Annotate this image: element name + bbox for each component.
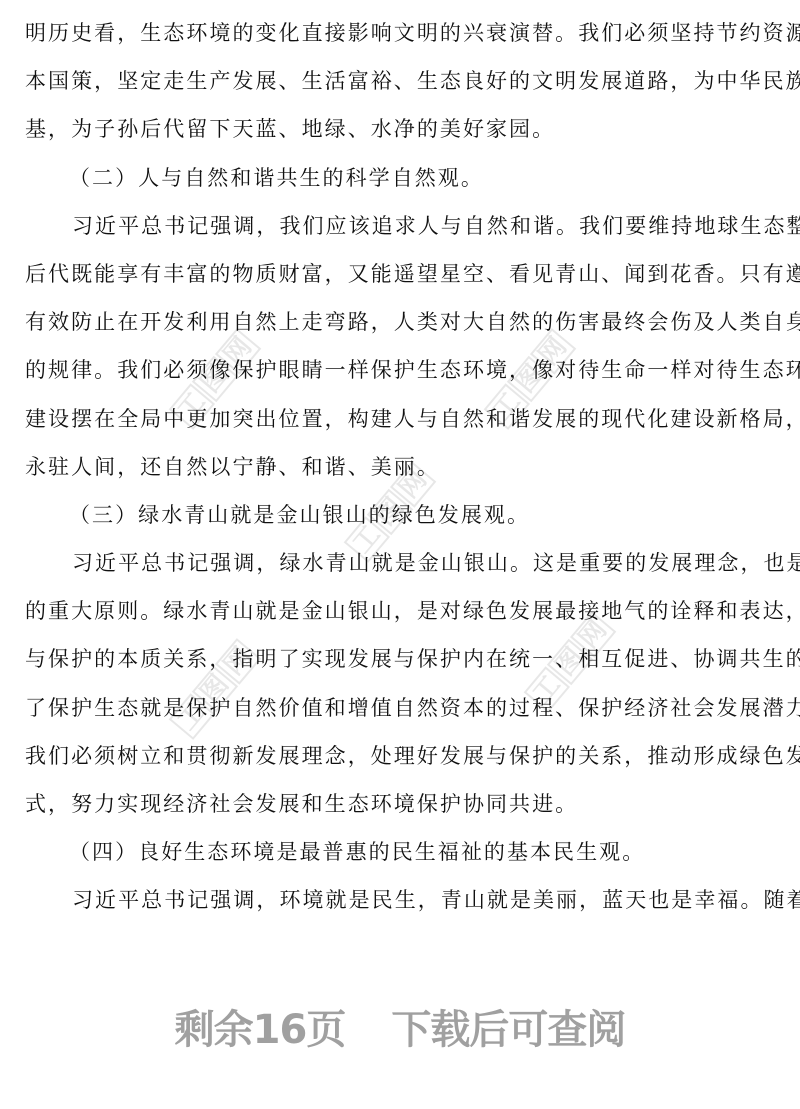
- download-prompt-banner[interactable]: 剩余16页下载后可查阅: [0, 1005, 800, 1055]
- text-line: 后代既能享有丰富的物质财富，又能遥望星空、看见青山、闻到花香。只有遵循自然规律才…: [25, 250, 777, 298]
- text-line: 的重大原则。绿水青山就是金山银山，是对绿色发展最接地气的诠释和表达，深刻揭示了发…: [25, 587, 777, 635]
- text-line: 有效防止在开发利用自然上走弯路，人类对大自然的伤害最终会伤及人类自身，这是无法抗…: [25, 298, 777, 346]
- download-to-read-label[interactable]: 下载后可查阅: [391, 1007, 625, 1053]
- text-line: 本国策，坚定走生产发展、生活富裕、生态良好的文明发展道路，为中华民族永续发展留下…: [25, 57, 777, 105]
- section-heading: （三）绿水青山就是金山银山的绿色发展观。: [25, 491, 777, 539]
- text-line: 明历史看，生态环境的变化直接影响文明的兴衰演替。我们必须坚持节约资源和保护环境的…: [25, 9, 777, 57]
- text-line: 基，为子孙后代留下天蓝、地绿、水净的美好家园。: [25, 105, 777, 153]
- text-line: 建设摆在全局中更加突出位置，构建人与自然和谐发展的现代化建设新格局，让自然生态美…: [25, 395, 777, 443]
- text-line: 习近平总书记强调，我们应该追求人与自然和谐。我们要维持地球生态整体平衡，让子孙: [25, 202, 777, 250]
- document-page: 明历史看，生态环境的变化直接影响文明的兴衰演替。我们必须坚持节约资源和保护环境的…: [25, 9, 777, 925]
- text-line: 的规律。我们必须像保护眼睛一样保护生态环境，像对待生命一样对待生态环境，把生态文…: [25, 346, 777, 394]
- remaining-pages-label: 剩余16页: [175, 1007, 346, 1053]
- text-line: 式，努力实现经济社会发展和生态环境保护协同共进。: [25, 780, 777, 828]
- text-line: 习近平总书记强调，绿水青山就是金山银山。这是重要的发展理念，也是推进现代化建设: [25, 539, 777, 587]
- text-line: 了保护生态就是保护自然价值和增值自然资本的过程、保护经济社会发展潜力和后劲的过程…: [25, 684, 777, 732]
- section-heading: （四）良好生态环境是最普惠的民生福祉的基本民生观。: [25, 828, 777, 876]
- text-line: 习近平总书记强调，环境就是民生，青山就是美丽，蓝天也是幸福。随着我国社会生产力: [25, 876, 777, 924]
- text-line: 与保护的本质关系，指明了实现发展与保护内在统一、相互促进、协调共生的方法论，也说…: [25, 635, 777, 683]
- text-line: 永驻人间，还自然以宁静、和谐、美丽。: [25, 443, 777, 491]
- section-heading: （二）人与自然和谐共生的科学自然观。: [25, 154, 777, 202]
- text-line: 我们必须树立和贯彻新发展理念，处理好发展与保护的关系，推动形成绿色发展方式和生活…: [25, 732, 777, 780]
